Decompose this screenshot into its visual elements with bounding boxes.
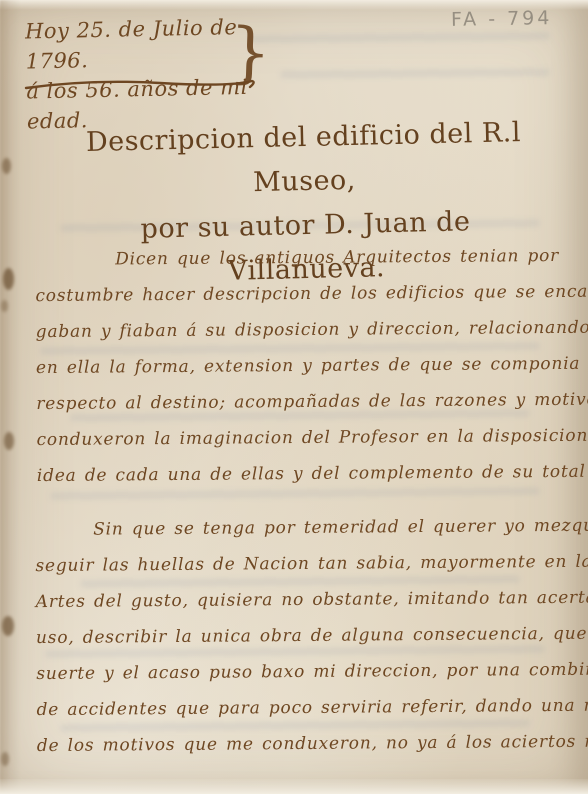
- catalog-number: FA - 794: [451, 7, 553, 31]
- title-line-1: Descripcion del edificio del R.l Museo,: [58, 110, 550, 209]
- manuscript-line: gaban y fiaban á su disposicion y direcc…: [36, 310, 561, 350]
- manuscript-line: Sin que se tenga por temeridad el querer…: [35, 508, 560, 548]
- manuscript-line: de accidentes que para poco serviria ref…: [36, 688, 561, 728]
- manuscript-line: en ella la forma, extension y partes de …: [36, 346, 561, 386]
- manuscript-line: seguir las huellas de Nacion tan sabia, …: [35, 544, 560, 584]
- manuscript-line: uso, describir la unica obra de alguna c…: [36, 616, 561, 656]
- binding-spot: [2, 616, 14, 636]
- binding-spot: [1, 752, 9, 766]
- manuscript-line: respecto al destino; acompañadas de las …: [36, 382, 561, 422]
- page-bottom-edge: [0, 779, 588, 794]
- manuscript-line: Artes del gusto, quisiera no obstante, i…: [36, 580, 561, 620]
- manuscript-line: suerte y el acaso puso baxo mi direccion…: [36, 652, 561, 692]
- manuscript-line: costumbre hacer descripcion de los edifi…: [35, 274, 560, 314]
- manuscript-line: idea de cada una de ellas y del compleme…: [37, 454, 562, 494]
- body-paragraph-1: Dicen que los antiguos Arquitectos tenia…: [35, 238, 562, 494]
- manuscript-line: Dicen que los antiguos Arquitectos tenia…: [35, 238, 560, 278]
- binding-spot: [1, 300, 8, 312]
- binding-spot: [4, 432, 14, 450]
- body-paragraph-2: Sin que se tenga por temeridad el querer…: [35, 508, 562, 764]
- show-through-mark: [280, 69, 550, 79]
- binding-spot: [3, 268, 14, 290]
- manuscript-page: FA - 794 Hoy 25. de Julio de 1796. á los…: [0, 0, 588, 794]
- show-through-mark: [250, 32, 550, 42]
- manuscript-line: conduxeron la imaginacion del Profesor e…: [36, 418, 561, 458]
- binding-spot: [2, 158, 11, 174]
- underline-flourish-icon: [20, 72, 260, 94]
- manuscript-line: de los motivos que me conduxeron, no ya …: [37, 724, 562, 764]
- torn-binding-edge: [0, 0, 20, 794]
